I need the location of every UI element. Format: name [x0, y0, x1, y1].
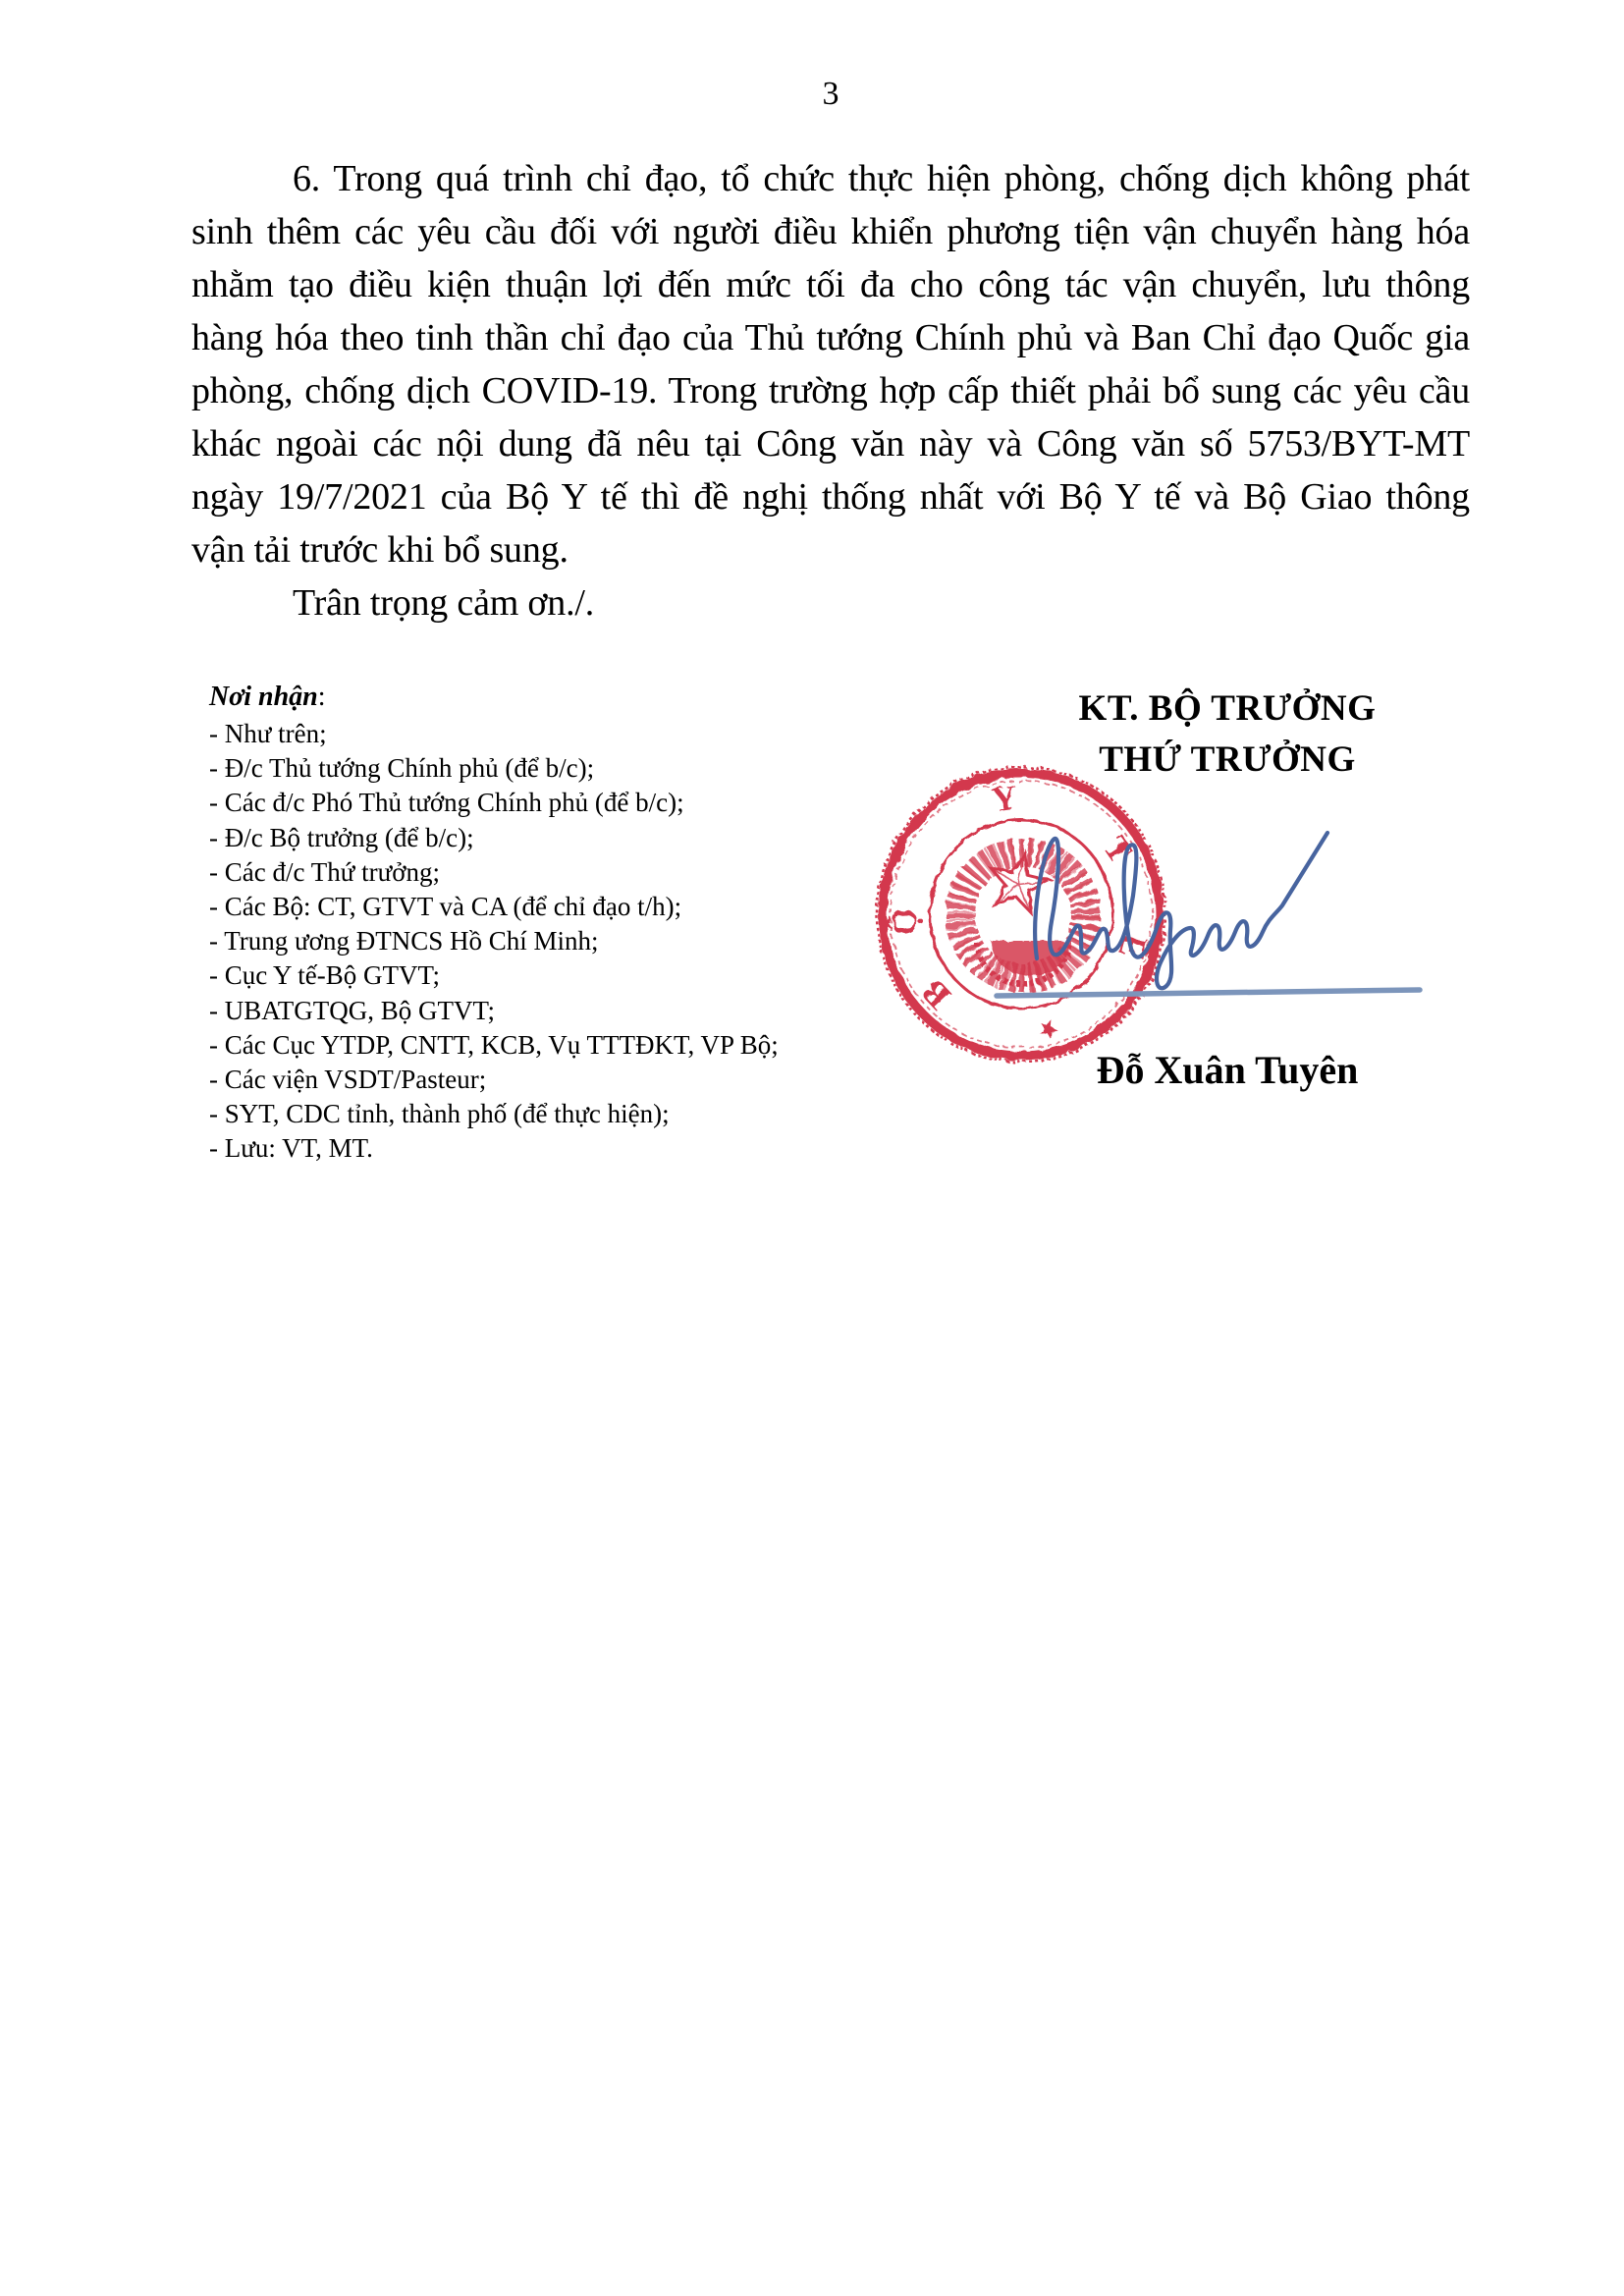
recipient-item: - Lưu: VT, MT. — [209, 1131, 896, 1166]
recipient-item: - Cục Y tế-Bộ GTVT; — [209, 958, 896, 993]
recipient-item: - Trung ương ĐTNCS Hồ Chí Minh; — [209, 924, 896, 958]
recipient-item: - Các đ/c Thứ trưởng; — [209, 855, 896, 890]
recipients-heading-label: Nơi nhận — [209, 682, 318, 712]
signature-stroke — [1035, 833, 1327, 988]
body-line: sinh thêm các yêu cầu đối với người điều… — [191, 205, 1470, 258]
recipient-item: - Các viện VSDT/Pasteur; — [209, 1063, 896, 1097]
page-number: 3 — [191, 75, 1470, 114]
document-page: 3 6. Trong quá trình chỉ đạo, tổ chức th… — [0, 0, 1624, 2296]
body-line: nhằm tạo điều kiện thuận lợi đến mức tối… — [191, 258, 1470, 311]
recipient-item: - Các đ/c Phó Thủ tướng Chính phủ (để b/… — [209, 786, 896, 820]
recipients-heading: Nơi nhận: — [209, 678, 896, 717]
closing-line: Trân trọng cảm ơn./. — [191, 576, 1470, 629]
seal-letter-o: Ộ — [884, 907, 925, 938]
seal-star-icon: ★ — [1035, 1013, 1061, 1043]
recipients-heading-colon: : — [318, 682, 326, 712]
body-line: ngày 19/7/2021 của Bộ Y tế thì đề nghị t… — [191, 470, 1470, 523]
signer-name: Đỗ Xuân Tuyên — [982, 1047, 1473, 1094]
recipients-block: Nơi nhận: - Như trên; - Đ/c Thủ tướng Ch… — [209, 678, 896, 1166]
recipient-item: - SYT, CDC tỉnh, thành phố (để thực hiện… — [209, 1097, 896, 1131]
signature-autograph — [982, 803, 1443, 1014]
body-line: vận tải trước khi bổ sung. — [191, 523, 1470, 576]
signer-title-kt-bo-truong: KT. BỘ TRƯỞNG — [982, 683, 1473, 735]
body-line: khác ngoài các nội dung đã nêu tại Công … — [191, 417, 1470, 470]
recipient-item: - Đ/c Bộ trưởng (để b/c); — [209, 821, 896, 855]
body-line: phòng, chống dịch COVID-19. Trong trường… — [191, 364, 1470, 417]
recipient-item: - Các Bộ: CT, GTVT và CA (để chỉ đạo t/h… — [209, 890, 896, 924]
recipient-item: - Các Cục YTDP, CNTT, KCB, Vụ TTTĐKT, VP… — [209, 1028, 896, 1063]
recipient-item: - UBATGTQG, Bộ GTVT; — [209, 994, 896, 1028]
body-line: 6. Trong quá trình chỉ đạo, tổ chức thực… — [191, 152, 1470, 205]
recipient-item: - Đ/c Thủ tướng Chính phủ (để b/c); — [209, 751, 896, 786]
body-line: hàng hóa theo tinh thần chỉ đạo của Thủ … — [191, 311, 1470, 364]
recipient-item: - Như trên; — [209, 717, 896, 751]
body-paragraph: 6. Trong quá trình chỉ đạo, tổ chức thực… — [191, 152, 1470, 629]
signature-underline — [997, 990, 1420, 996]
